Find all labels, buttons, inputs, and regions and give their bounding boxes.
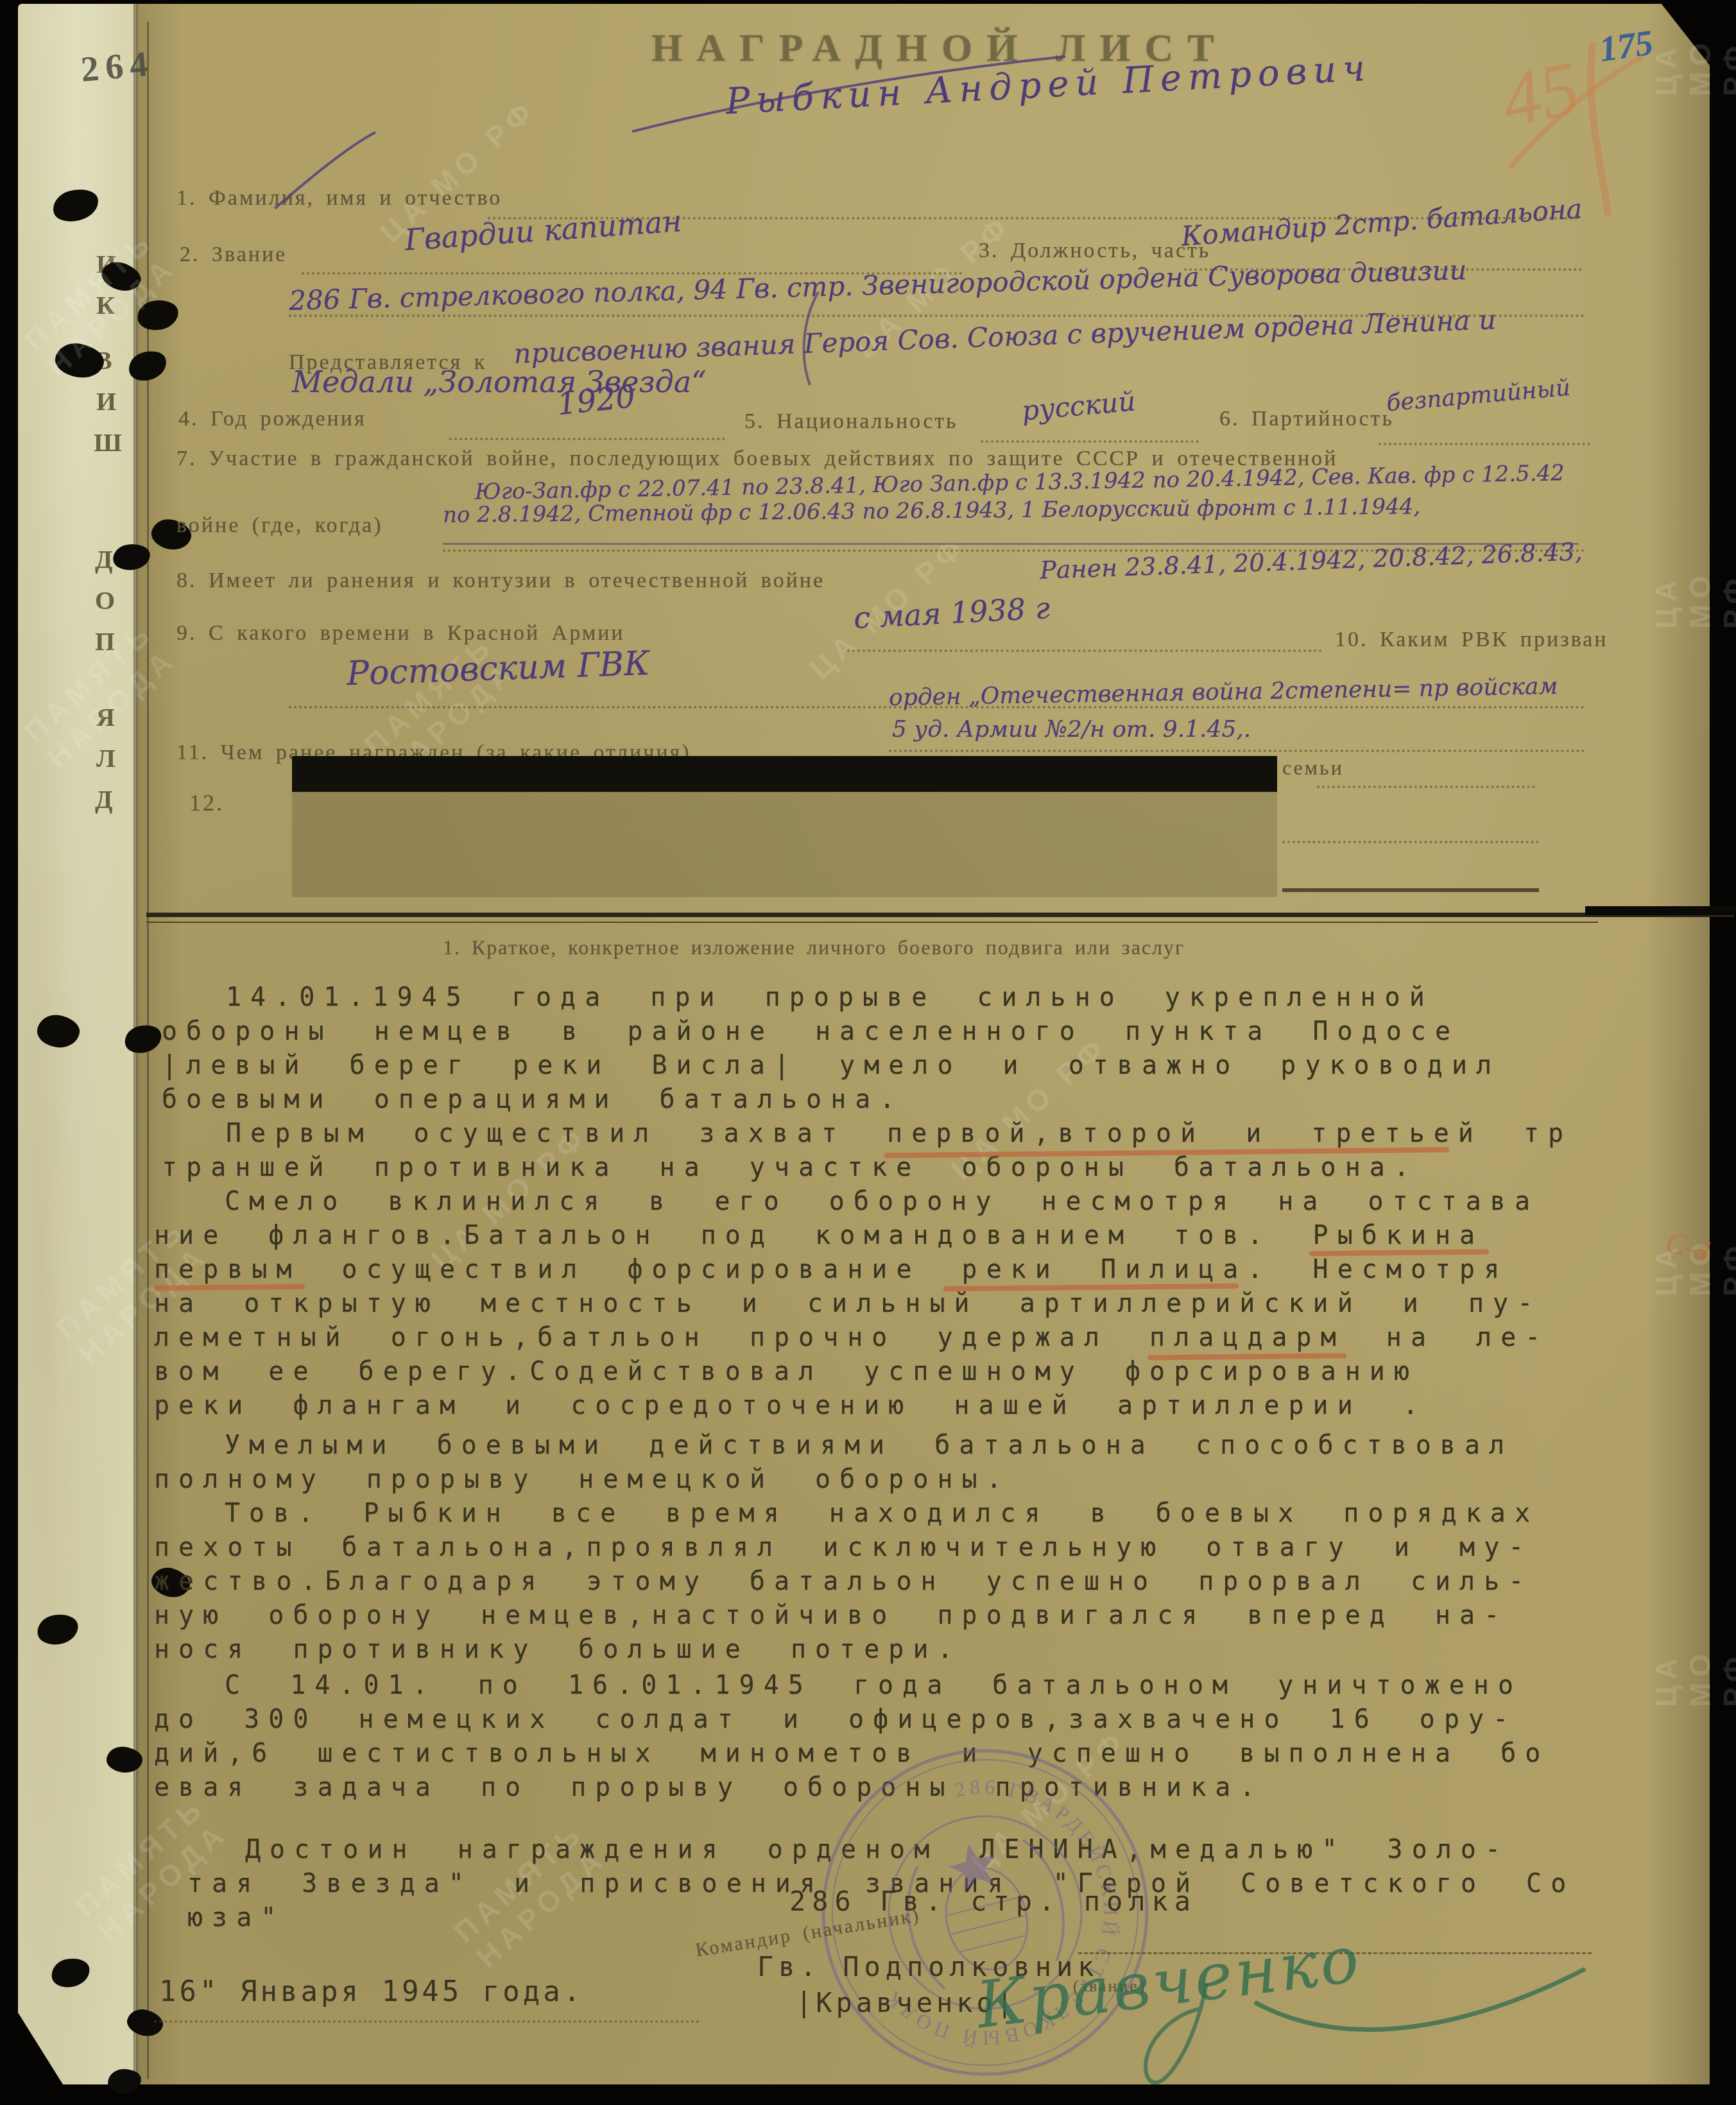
pen-strokes-overlay xyxy=(0,0,1736,2105)
pen-stroke xyxy=(275,132,375,209)
orange-crayon-stroke xyxy=(1591,42,1608,215)
award-sheet-scan: 264 И К В И Ш Д О П Я Л Д ЦА МО РФ ЦА МО… xyxy=(0,0,1736,2105)
signature-flourish xyxy=(1146,1983,1207,2083)
signature-flourish xyxy=(1255,1969,1585,2030)
orange-crayon-stroke xyxy=(1509,56,1643,168)
pen-stroke xyxy=(632,56,1065,132)
pen-stroke xyxy=(804,292,818,385)
